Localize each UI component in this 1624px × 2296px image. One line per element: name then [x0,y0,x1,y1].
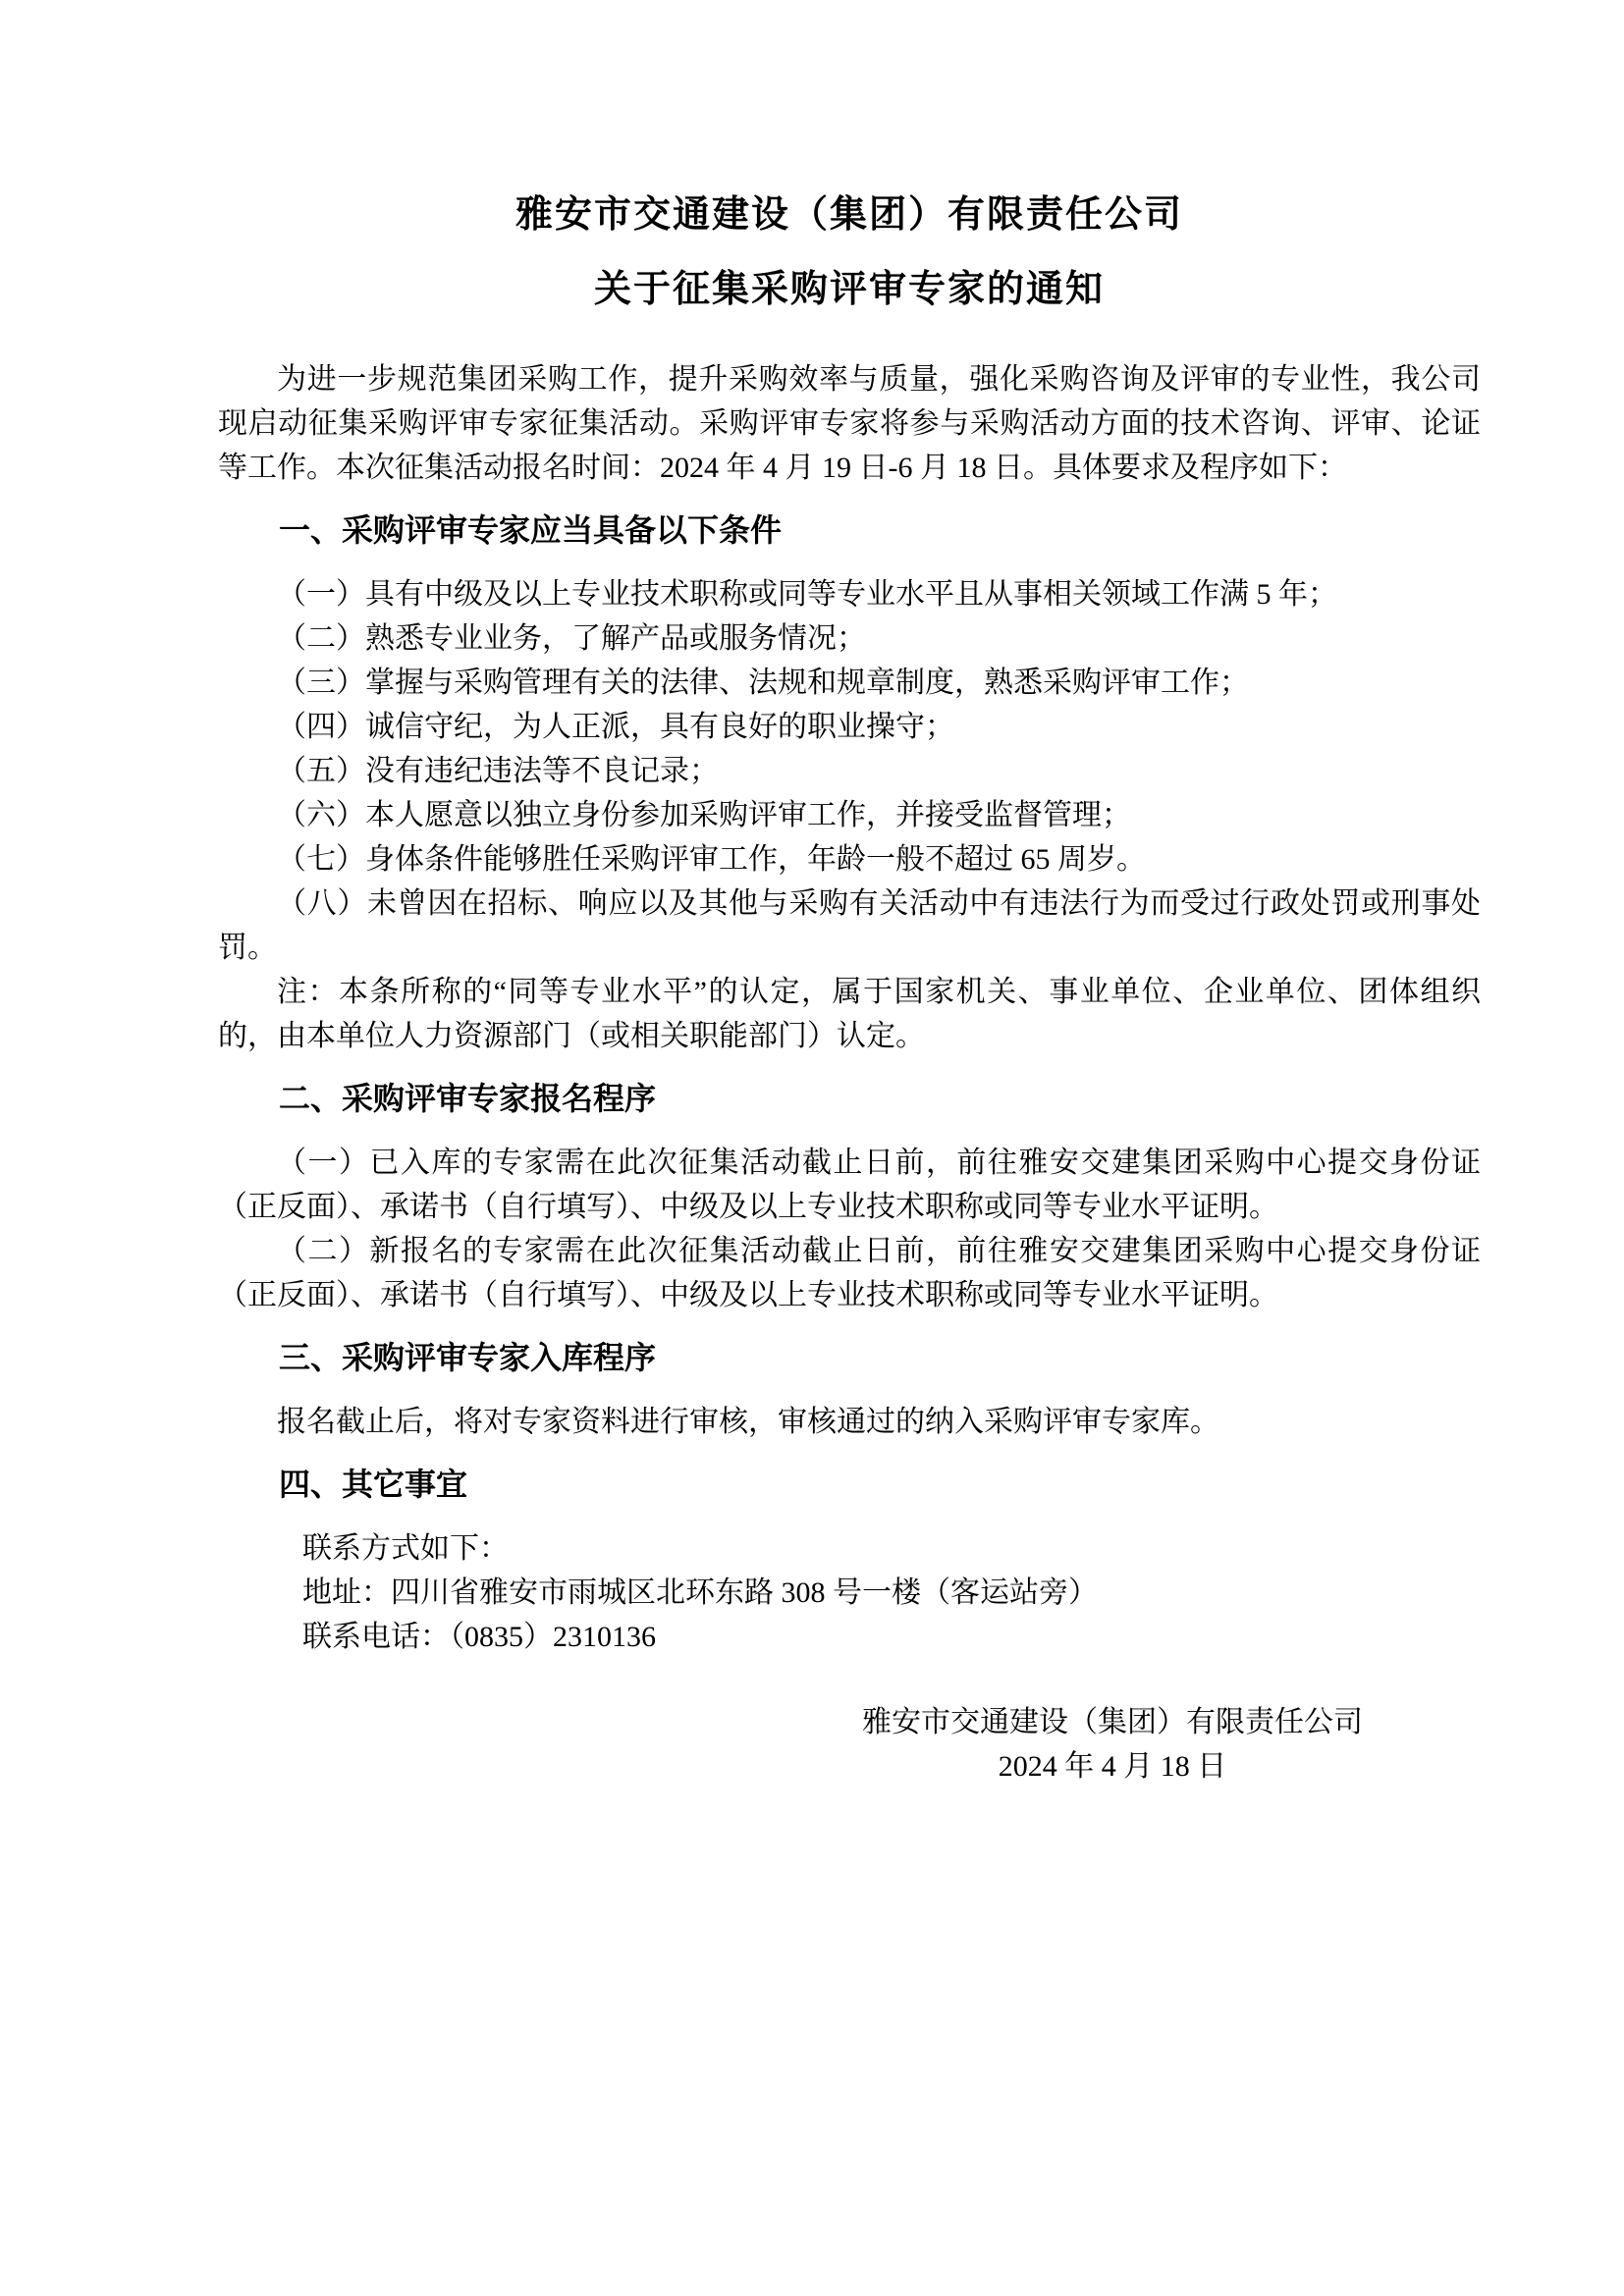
intro-paragraph: 为进一步规范集团采购工作，提升采购效率与质量，强化采购咨询及评审的专业性，我公司… [218,357,1481,490]
signature-date: 2024 年 4 月 18 日 [862,1744,1363,1789]
note-paragraph: 注：本条所称的“同等专业水平”的认定，属于国家机关、事业单位、企业单位、团体组织… [218,970,1481,1058]
contact-address-line: 地址：四川省雅安市雨城区北环东路 308 号一楼（客运站旁） [302,1571,1481,1615]
list-item: （二）新报名的专家需在此次征集活动截止日前，前往雅安交建集团采购中心提交身份证（… [218,1229,1481,1317]
list-item: （一）已入库的专家需在此次征集活动截止日前，前往雅安交建集团采购中心提交身份证（… [218,1141,1481,1229]
signature-company: 雅安市交通建设（集团）有限责任公司 [862,1700,1363,1744]
list-item: （五）没有违纪违法等不良记录； [218,749,1481,793]
doc-subtitle: 关于征集采购评审专家的通知 [218,271,1481,308]
list-item: （三）掌握与采购管理有关的法律、法规和规章制度，熟悉采购评审工作； [218,661,1481,705]
list-item: （二）熟悉专业业务，了解产品或服务情况； [218,616,1481,661]
list-item: （七）身体条件能够胜任采购评审工作，年龄一般不超过 65 周岁。 [218,837,1481,881]
contact-phone-line: 联系电话：（0835）2310136 [302,1615,1481,1659]
list-item: （六）本人愿意以独立身份参加采购评审工作，并接受监督管理； [218,793,1481,837]
section-heading-3: 三、采购评审专家入库程序 [218,1339,1481,1376]
section-2-items: （一）已入库的专家需在此次征集活动截止日前，前往雅安交建集团采购中心提交身份证（… [218,1141,1481,1317]
document-page: 雅安市交通建设（集团）有限责任公司 关于征集采购评审专家的通知 为进一步规范集团… [0,0,1624,2296]
list-item: （八）未曾因在招标、响应以及其他与采购有关活动中有违法行为而受过行政处罚或刑事处… [218,881,1481,970]
section-heading-4: 四、其它事宜 [218,1466,1481,1503]
section-heading-2: 二、采购评审专家报名程序 [218,1080,1481,1117]
doc-title: 雅安市交通建设（集团）有限责任公司 [218,196,1481,234]
section-3-paragraph: 报名截止后，将对专家资料进行审核，审核通过的纳入采购评审专家库。 [218,1400,1481,1444]
contact-intro-line: 联系方式如下： [302,1526,1481,1571]
list-item: （一）具有中级及以上专业技术职称或同等专业水平且从事相关领域工作满 5 年； [218,572,1481,616]
contact-block: 联系方式如下： 地址：四川省雅安市雨城区北环东路 308 号一楼（客运站旁） 联… [218,1526,1481,1659]
section-1-items: （一）具有中级及以上专业技术职称或同等专业水平且从事相关领域工作满 5 年； （… [218,572,1481,1058]
list-item: （四）诚信守纪，为人正派，具有良好的职业操守； [218,705,1481,749]
section-heading-1: 一、采购评审专家应当具备以下条件 [218,511,1481,549]
signature-block: 雅安市交通建设（集团）有限责任公司 2024 年 4 月 18 日 [862,1700,1363,1789]
